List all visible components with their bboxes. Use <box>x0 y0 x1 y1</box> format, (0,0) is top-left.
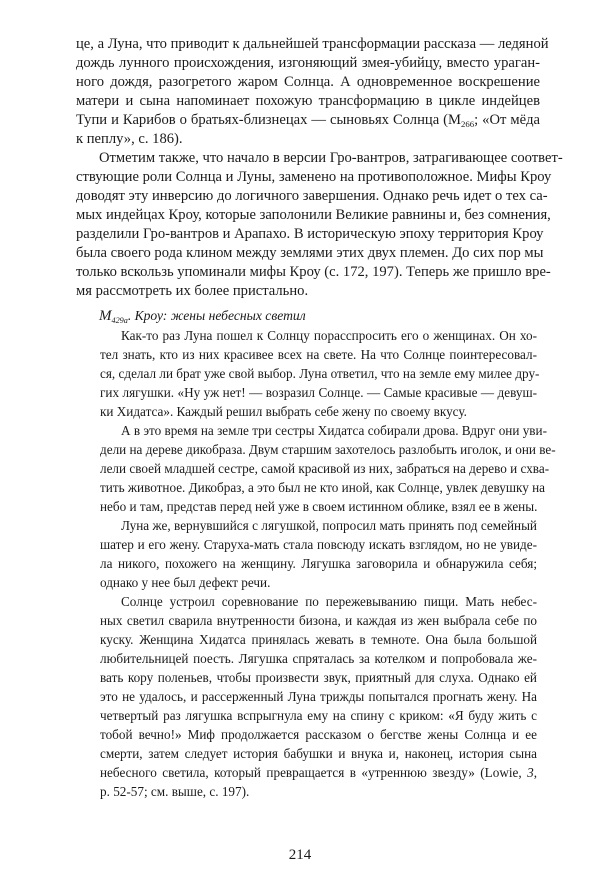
text-line: разделили Гро-вантров и Арапахо. В истор… <box>76 225 540 243</box>
text-line: ла никого, похожего на женщину. Лягушка … <box>100 555 537 573</box>
text-line: тить животное. Дикобраз, а это был не кт… <box>100 479 537 497</box>
myth-number-subscript: 429a <box>112 316 128 325</box>
text-line: Солнце устроил соревнование по пережевыв… <box>121 593 537 611</box>
text-line: смерти, затем следует история бабушки и … <box>100 745 537 763</box>
text-line: гих лягушки. «Ну уж нет! — возразил Солн… <box>100 384 537 402</box>
text-line: вать кору поленьев, чтобы произвести зву… <box>100 669 537 687</box>
text-line: тобой вечно!» Миф продолжается рассказом… <box>100 726 537 744</box>
text-line: дели на дереве дикобраза. Двум старшим з… <box>100 441 537 459</box>
text-line: ки Хидатса». Каждый решил выбрать себе ж… <box>100 403 537 421</box>
text-line: Луна же, вернувшийся с лягушкой, попроси… <box>121 517 537 535</box>
text-line: была своего рода клином между землями эт… <box>76 244 540 262</box>
text-line: только вскользь упоминали мифы Кроу (с. … <box>76 263 540 281</box>
book-page: це, а Луна, что приводит к дальнейшей тр… <box>0 0 600 869</box>
text-line: к пеплу», с. 186). <box>76 130 540 148</box>
text-line: четвертый раз лягушка вспрыгнула ему на … <box>100 707 537 725</box>
text-line: тел знать, кто из них красивее всех на с… <box>100 346 537 364</box>
text-line: ся, сделал ли брат уже свой выбор. Луна … <box>100 365 537 383</box>
text-line: p. 52-57; см. выше, с. 197). <box>100 783 537 801</box>
text-line: дождь лунного происхождения, изгоняющий … <box>76 54 540 72</box>
text-line: мя рассмотреть их более пристально. <box>76 282 540 300</box>
text-line: шатер и его жену. Старуха-мать стала пов… <box>100 536 537 554</box>
text-line: куску. Женщина Хидатса принялась жевать … <box>100 631 537 649</box>
text-line: мых индейцах Кроу, которые заполонили Ве… <box>76 206 540 224</box>
text-line: лели своей младшей сестре, самой красиво… <box>100 460 537 478</box>
text-line: Отметим также, что начало в версии Гро-в… <box>99 149 540 167</box>
text-line: небо и там, представ перед ней уже в сво… <box>100 498 537 516</box>
text-line: это не удалось, и рассерженный Луна триж… <box>100 688 537 706</box>
myth-number-subscript: 266 <box>461 119 474 129</box>
text-line: любительницей поесть. Лягушка спряталась… <box>100 650 537 668</box>
text-line: ствующие роли Солнца и Луны, заменено на… <box>76 168 540 186</box>
text-line: однако у нее был дефект речи. <box>100 574 537 592</box>
page-number: 214 <box>0 846 600 864</box>
text-line: доводят эту инверсию до логичного заверш… <box>76 187 540 205</box>
text-line: Тупи и Карибов о братьях-близнецах — сын… <box>76 111 540 129</box>
text-line: матери и сына напоминает похожую трансфо… <box>76 92 540 110</box>
text-line: ных светил сварила внутренности бизона, … <box>100 612 537 630</box>
text-line: небесного светила, который превращается … <box>100 764 537 782</box>
text-line: Как-то раз Луна пошел к Солнцу порасспро… <box>121 327 537 345</box>
text-line: це, а Луна, что приводит к дальнейшей тр… <box>76 35 540 53</box>
text-line: ного дождя, разогретого жаром Солнца. А … <box>76 73 540 91</box>
text-line: А в это время на земле три сестры Хидатс… <box>121 422 537 440</box>
myth-heading: M429a. Кроу: жены небесных светил <box>99 307 306 325</box>
